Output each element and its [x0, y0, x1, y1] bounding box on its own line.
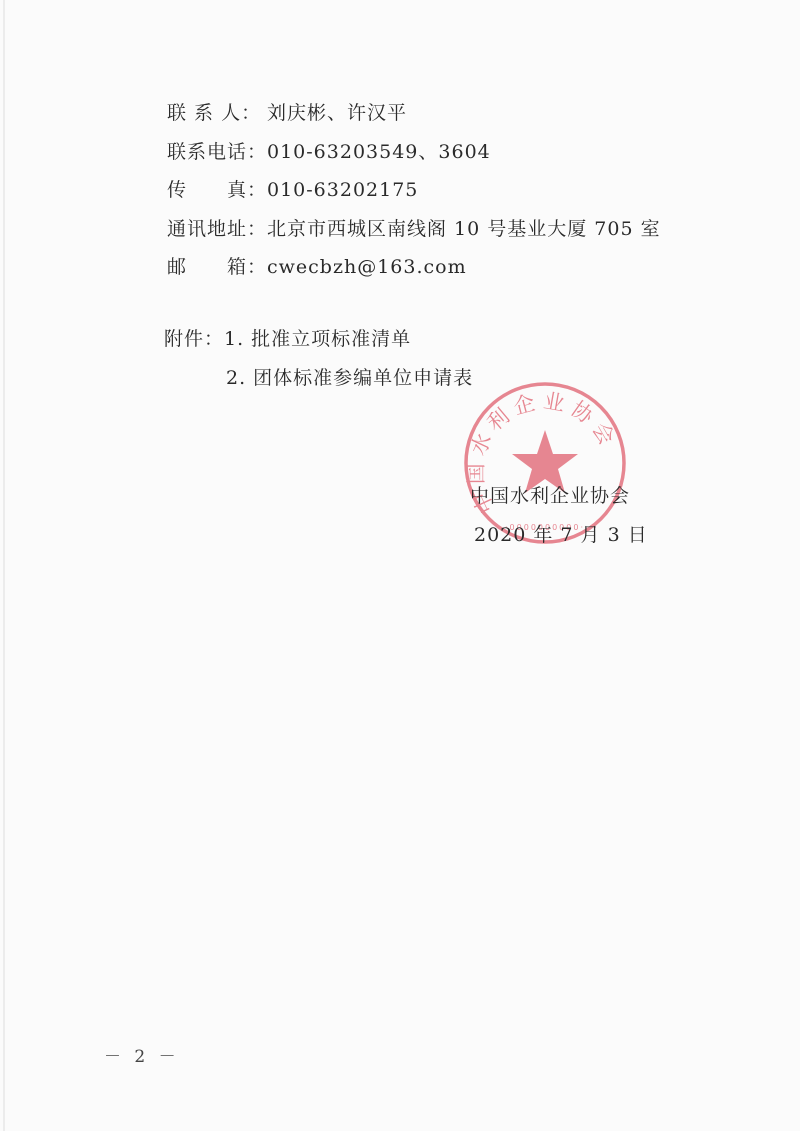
signature-date: 2020 年 7 月 3 日 [474, 520, 648, 547]
contact-fax-label: 传 真： [167, 175, 267, 202]
contact-phone-label: 联系电话： [167, 137, 267, 164]
contact-person-label: 联 系 人： [167, 98, 267, 125]
contact-address-label: 通讯地址： [167, 214, 267, 241]
contact-phone-line: 联系电话：010-63203549、3604 [167, 137, 491, 164]
contact-person-line: 联 系 人：刘庆彬、许汉平 [167, 98, 407, 125]
contact-person-value: 刘庆彬、许汉平 [267, 102, 407, 124]
attachment-item-2: 2. 团体标准参编单位申请表 [226, 367, 473, 389]
contact-email-value[interactable]: cwecbzh@163.com [267, 256, 467, 278]
contact-fax-value: 010-63202175 [267, 179, 418, 201]
page-edge [3, 0, 5, 1131]
contact-phone-value: 010-63203549、3604 [267, 141, 491, 163]
contact-address-line: 通讯地址：北京市西城区南线阁 10 号基业大厦 705 室 [167, 214, 661, 241]
attachment-line-2: 2. 团体标准参编单位申请表 [226, 363, 473, 390]
attachment-item-1: 1. 批准立项标准清单 [224, 328, 411, 350]
page-number: － 2 － [104, 1042, 180, 1067]
contact-email-line: 邮 箱：cwecbzh@163.com [167, 252, 467, 279]
contact-fax-line: 传 真：010-63202175 [167, 175, 418, 202]
contact-address-value: 北京市西城区南线阁 10 号基业大厦 705 室 [267, 218, 661, 240]
signature-organization: 中国水利企业协会 [470, 481, 630, 508]
attachments-label: 附件： [164, 328, 224, 350]
contact-email-label: 邮 箱： [167, 252, 267, 279]
attachment-line-1: 附件：1. 批准立项标准清单 [164, 324, 411, 351]
